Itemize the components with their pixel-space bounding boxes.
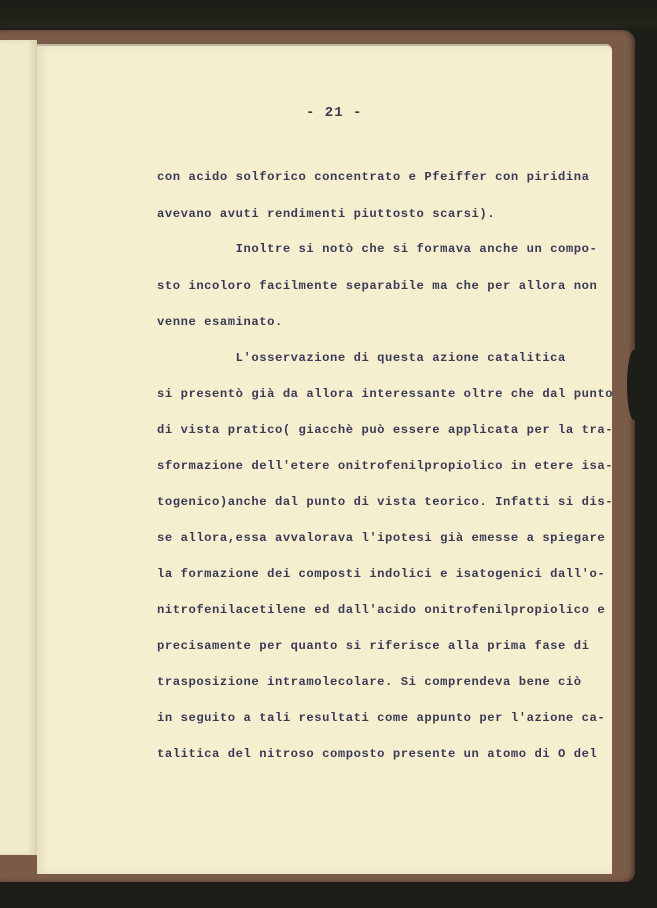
page-number: - 21 - [306, 105, 362, 121]
text-line: trasposizione intramolecolare. Si compre… [157, 675, 582, 689]
text-line: se allora,essa avvalorava l'ipotesi già … [157, 531, 605, 545]
text-line: venne esaminato. [157, 315, 283, 329]
text-line: L'osservazione di questa azione cataliti… [157, 351, 566, 365]
text-line: con acido solforico concentrato e Pfeiff… [157, 170, 590, 184]
text-line: talitica del nitroso composto presente u… [157, 747, 597, 761]
text-line: togenico)anche dal punto di vista teoric… [157, 495, 613, 509]
text-line: la formazione dei composti indolici e is… [157, 567, 605, 581]
cover-tear [627, 350, 641, 420]
text-line: sto incoloro facilmente separabile ma ch… [157, 279, 597, 293]
text-line: Inoltre si notò che si formava anche un … [157, 242, 597, 256]
text-line: sformazione dell'etere onitrofenilpropio… [157, 459, 613, 473]
text-line: in seguito a tali resultati come appunto… [157, 711, 605, 725]
left-page-edge [0, 40, 37, 855]
text-line: precisamente per quanto si riferisce all… [157, 639, 590, 653]
text-line: di vista pratico( giacchè può essere app… [157, 423, 613, 437]
text-line: nitrofenilacetilene ed dall'acido onitro… [157, 603, 605, 617]
text-line: si presentò già da allora interessante o… [157, 387, 613, 401]
scan-background [0, 0, 657, 28]
text-line: avevano avuti rendimenti piuttosto scars… [157, 207, 495, 221]
